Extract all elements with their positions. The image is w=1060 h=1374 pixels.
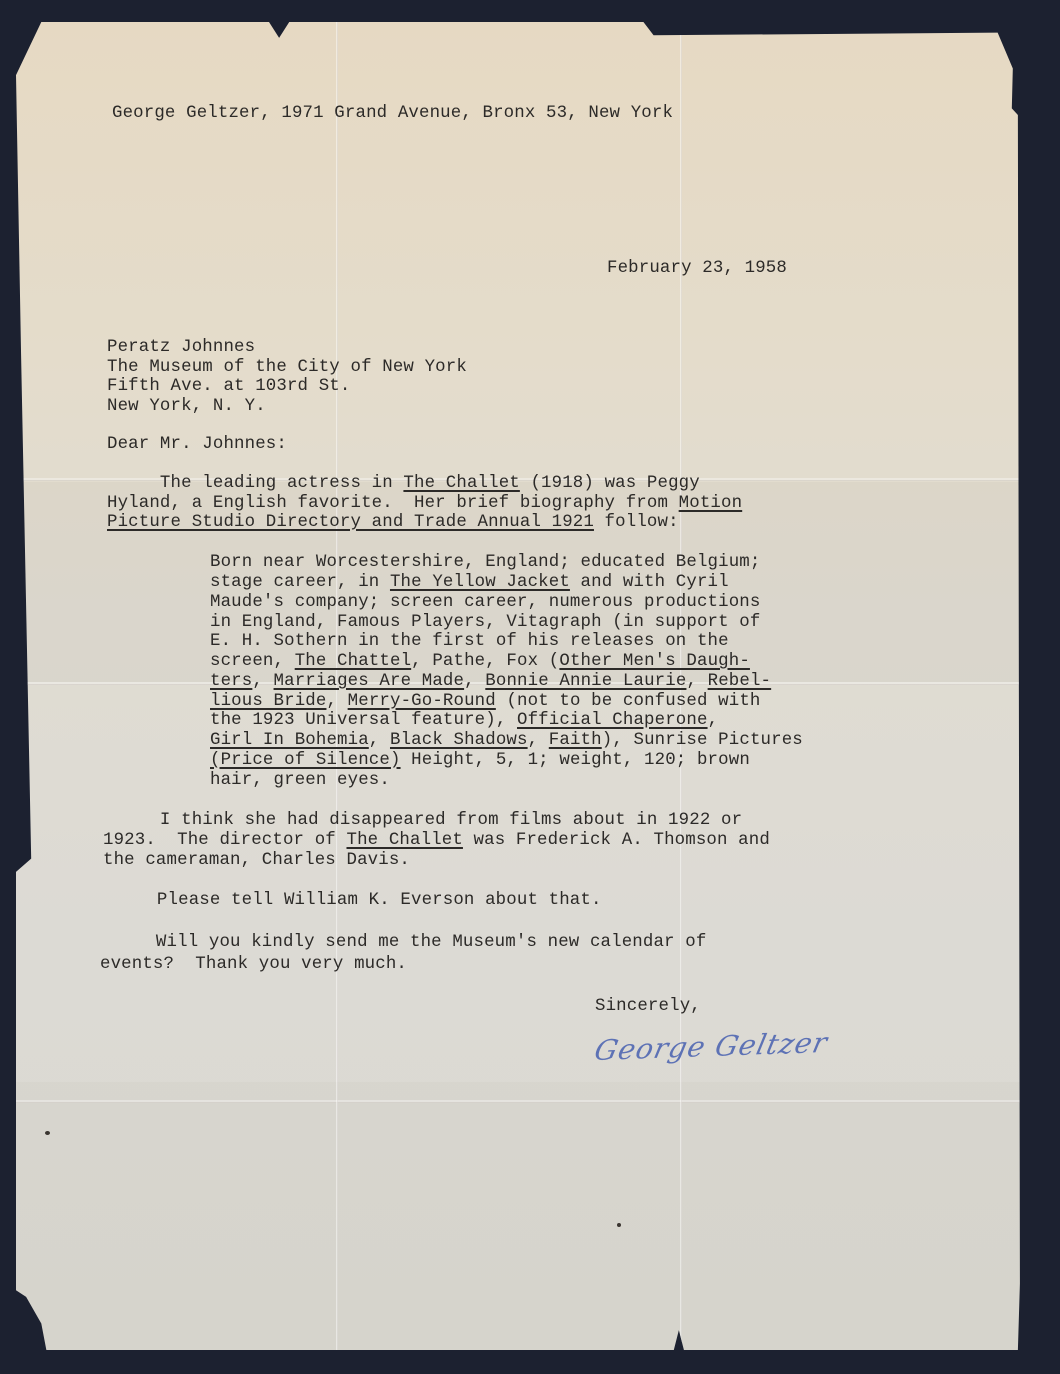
quote-line: in England, Famous Players, Vitagraph (i…	[210, 613, 760, 633]
quote-line: lious Bride, Merry-Go-Round (not to be c…	[210, 692, 761, 712]
film-title: ters	[210, 672, 252, 691]
text: screen,	[210, 652, 295, 671]
paragraph-line: Please tell William K. Everson about tha…	[104, 891, 602, 911]
paper-stain	[45, 1131, 50, 1135]
text: , Pathe, Fox (	[411, 652, 559, 671]
paragraph-line: events? Thank you very much.	[100, 955, 407, 975]
book-title: Picture Studio Directory and Trade Annua…	[107, 513, 594, 532]
paragraph-line: Picture Studio Directory and Trade Annua…	[107, 513, 679, 533]
recipient-street: Fifth Ave. at 103rd St.	[107, 377, 350, 397]
letter-date: February 23, 1958	[607, 259, 787, 279]
text: ,	[708, 711, 719, 730]
recipient-organization: The Museum of the City of New York	[107, 358, 467, 378]
quote-line: hair, green eyes.	[210, 771, 390, 791]
film-title: Official Chaperone	[517, 711, 708, 730]
film-title: Marriages Are Made	[274, 672, 465, 691]
text: ,	[326, 692, 347, 711]
text: Height, 5, 1; weight, 120; brown	[401, 751, 750, 770]
text: The leading actress in	[107, 474, 403, 493]
text: stage career, in	[210, 573, 390, 592]
paragraph-line: The leading actress in The Challet (1918…	[107, 474, 700, 494]
quote-line: stage career, in The Yellow Jacket and w…	[210, 573, 729, 593]
film-title: lious Bride	[210, 692, 326, 711]
recipient-city: New York, N. Y.	[107, 397, 266, 417]
paragraph-line: the cameraman, Charles Davis.	[103, 851, 410, 871]
quote-line: Born near Worcestershire, England; educa…	[210, 553, 760, 573]
book-title: Motion	[679, 494, 743, 513]
text: ,	[686, 672, 707, 691]
film-title: Girl In Bohemia	[210, 731, 369, 750]
film-title: The Chattel	[295, 652, 411, 671]
text: (1918) was Peggy	[520, 474, 700, 493]
salutation: Dear Mr. Johnnes:	[107, 435, 287, 455]
text: ,	[528, 731, 549, 750]
film-title: Bonnie Annie Laurie	[485, 672, 686, 691]
film-title: (Price of Silence)	[210, 751, 401, 770]
paragraph-line: Hyland, a English favorite. Her brief bi…	[107, 494, 742, 514]
film-title: Black Shadows	[390, 731, 528, 750]
closing: Sincerely,	[595, 997, 701, 1017]
paragraph-line: Will you kindly send me the Museum's new…	[103, 933, 706, 953]
text: (not to be confused with	[496, 692, 761, 711]
text: Hyland, a English favorite. Her brief bi…	[107, 494, 679, 513]
paragraph-line: I think she had disappeared from films a…	[107, 811, 742, 831]
text: and with Cyril	[570, 573, 729, 592]
recipient-name: Peratz Johnnes	[107, 338, 255, 358]
film-title: Rebel-	[708, 672, 772, 691]
text: ,	[369, 731, 390, 750]
text: ,	[464, 672, 485, 691]
paper-stain	[617, 1223, 621, 1227]
fold-line	[16, 1100, 1028, 1103]
quote-line: Maude's company; screen career, numerous…	[210, 593, 760, 613]
film-title: Other Men's Daugh-	[559, 652, 750, 671]
text: ,	[252, 672, 273, 691]
film-title: The Challet	[403, 474, 519, 493]
fold-shade	[16, 1082, 1028, 1350]
quote-line: screen, The Chattel, Pathe, Fox (Other M…	[210, 652, 750, 672]
play-title: The Yellow Jacket	[390, 573, 570, 592]
film-title: The Challet	[346, 831, 462, 850]
text: 1923. The director of	[103, 831, 346, 850]
quote-line: Girl In Bohemia, Black Shadows, Faith), …	[210, 731, 803, 751]
quote-line: the 1923 Universal feature), Official Ch…	[210, 711, 718, 731]
film-title: Faith	[549, 731, 602, 750]
paragraph-line: 1923. The director of The Challet was Fr…	[103, 831, 770, 851]
text: ), Sunrise Pictures	[602, 731, 803, 750]
quote-line: (Price of Silence) Height, 5, 1; weight,…	[210, 751, 750, 771]
text: was Frederick A. Thomson and	[463, 831, 770, 850]
quote-line: ters, Marriages Are Made, Bonnie Annie L…	[210, 672, 771, 692]
letterhead: George Geltzer, 1971 Grand Avenue, Bronx…	[112, 104, 673, 124]
text: follow:	[594, 513, 679, 532]
quote-line: E. H. Sothern in the first of his releas…	[210, 632, 729, 652]
film-title: Merry-Go-Round	[348, 692, 496, 711]
text: the 1923 Universal feature),	[210, 711, 517, 730]
